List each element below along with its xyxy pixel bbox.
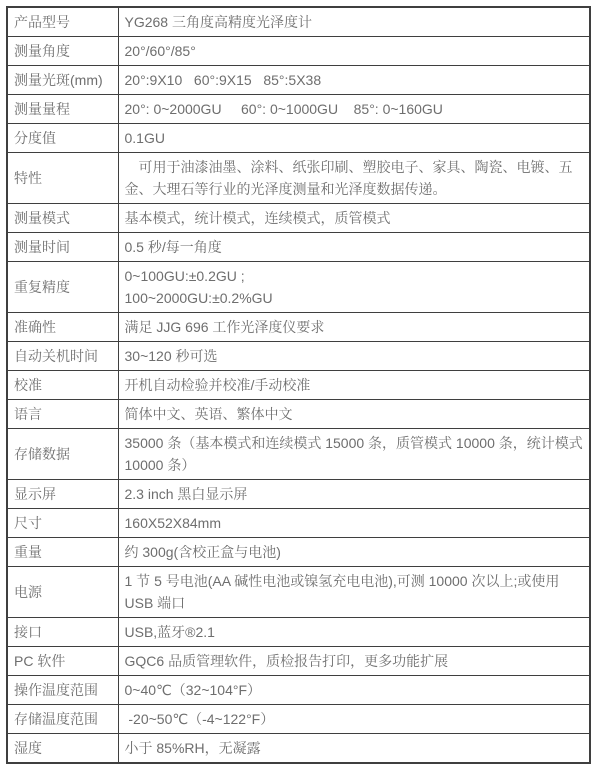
spec-label: 产品型号 [7,7,118,37]
table-row: 准确性 满足 JJG 696 工作光泽度仪要求 [7,313,590,342]
spec-label: 测量角度 [7,37,118,66]
spec-label: 自动关机时间 [7,342,118,371]
spec-value: 0.5 秒/每一角度 [118,233,590,262]
spec-sheet: 产品型号 YG268 三角度高精度光泽度计 测量角度 20°/60°/85° 测… [0,0,595,770]
spec-label: PC 软件 [7,647,118,676]
spec-value: 满足 JJG 696 工作光泽度仪要求 [118,313,590,342]
spec-value: 0~40℃（32~104°F） [118,676,590,705]
spec-value: 可用于油漆油墨、涂料、纸张印刷、塑胶电子、家具、陶瓷、电镀、五金、大理石等行业的… [118,153,590,204]
table-row: 湿度 小于 85%RH，无凝露 [7,734,590,764]
table-row: 电源 1 节 5 号电池(AA 碱性电池或镍氢充电电池),可测 10000 次以… [7,567,590,618]
spec-label: 测量时间 [7,233,118,262]
spec-label: 重复精度 [7,262,118,313]
spec-label: 存储温度范围 [7,705,118,734]
table-row: 显示屏 2.3 inch 黑白显示屏 [7,480,590,509]
spec-label: 特性 [7,153,118,204]
table-row: 接口 USB,蓝牙®2.1 [7,618,590,647]
spec-value: YG268 三角度高精度光泽度计 [118,7,590,37]
product-specification-table: 产品型号 YG268 三角度高精度光泽度计 测量角度 20°/60°/85° 测… [6,6,591,764]
table-row: 尺寸 160X52X84mm [7,509,590,538]
table-row: 分度值 0.1GU [7,124,590,153]
table-row: 重复精度 0~100GU:±0.2GU ; 100~2000GU:±0.2%GU [7,262,590,313]
spec-value: 160X52X84mm [118,509,590,538]
table-row: 存储温度范围 -20~50℃（-4~122°F） [7,705,590,734]
table-row: 存储数据 35000 条（基本模式和连续模式 15000 条，质管模式 1000… [7,429,590,480]
spec-value: 1 节 5 号电池(AA 碱性电池或镍氢充电电池),可测 10000 次以上;或… [118,567,590,618]
spec-label: 测量量程 [7,95,118,124]
table-row: 自动关机时间 30~120 秒可选 [7,342,590,371]
spec-value: 2.3 inch 黑白显示屏 [118,480,590,509]
spec-value: 0.1GU [118,124,590,153]
spec-label: 测量光斑(mm) [7,66,118,95]
spec-label: 重量 [7,538,118,567]
table-row: 测量时间 0.5 秒/每一角度 [7,233,590,262]
spec-value: GQC6 品质管理软件，质检报告打印，更多功能扩展 [118,647,590,676]
spec-label: 尺寸 [7,509,118,538]
spec-value: 20°/60°/85° [118,37,590,66]
spec-label: 分度值 [7,124,118,153]
table-row: 校准 开机自动检验并校准/手动校准 [7,371,590,400]
spec-label: 语言 [7,400,118,429]
spec-label: 湿度 [7,734,118,764]
table-row: 特性 可用于油漆油墨、涂料、纸张印刷、塑胶电子、家具、陶瓷、电镀、五金、大理石等… [7,153,590,204]
table-row: 产品型号 YG268 三角度高精度光泽度计 [7,7,590,37]
table-row: 测量量程 20°: 0~2000GU 60°: 0~1000GU 85°: 0~… [7,95,590,124]
table-row: 操作温度范围 0~40℃（32~104°F） [7,676,590,705]
spec-value: 0~100GU:±0.2GU ; 100~2000GU:±0.2%GU [118,262,590,313]
spec-label: 显示屏 [7,480,118,509]
table-row: 语言 简体中文、英语、繁体中文 [7,400,590,429]
spec-label: 准确性 [7,313,118,342]
spec-value: 30~120 秒可选 [118,342,590,371]
spec-value: 约 300g(含校正盒与电池) [118,538,590,567]
table-row: 测量模式 基本模式，统计模式，连续模式，质管模式 [7,204,590,233]
spec-label: 电源 [7,567,118,618]
spec-value: USB,蓝牙®2.1 [118,618,590,647]
spec-value: 基本模式，统计模式，连续模式，质管模式 [118,204,590,233]
table-row: PC 软件 GQC6 品质管理软件，质检报告打印，更多功能扩展 [7,647,590,676]
table-row: 测量光斑(mm) 20°:9X10 60°:9X15 85°:5X38 [7,66,590,95]
spec-value: -20~50℃（-4~122°F） [118,705,590,734]
spec-table-body: 产品型号 YG268 三角度高精度光泽度计 测量角度 20°/60°/85° 测… [7,7,590,763]
spec-label: 操作温度范围 [7,676,118,705]
spec-label: 存储数据 [7,429,118,480]
spec-value: 20°:9X10 60°:9X15 85°:5X38 [118,66,590,95]
spec-label: 校准 [7,371,118,400]
spec-value: 简体中文、英语、繁体中文 [118,400,590,429]
table-row: 测量角度 20°/60°/85° [7,37,590,66]
spec-value: 20°: 0~2000GU 60°: 0~1000GU 85°: 0~160GU [118,95,590,124]
table-row: 重量 约 300g(含校正盒与电池) [7,538,590,567]
spec-value: 35000 条（基本模式和连续模式 15000 条，质管模式 10000 条，统… [118,429,590,480]
spec-label: 接口 [7,618,118,647]
spec-value: 小于 85%RH，无凝露 [118,734,590,764]
spec-value: 开机自动检验并校准/手动校准 [118,371,590,400]
spec-label: 测量模式 [7,204,118,233]
